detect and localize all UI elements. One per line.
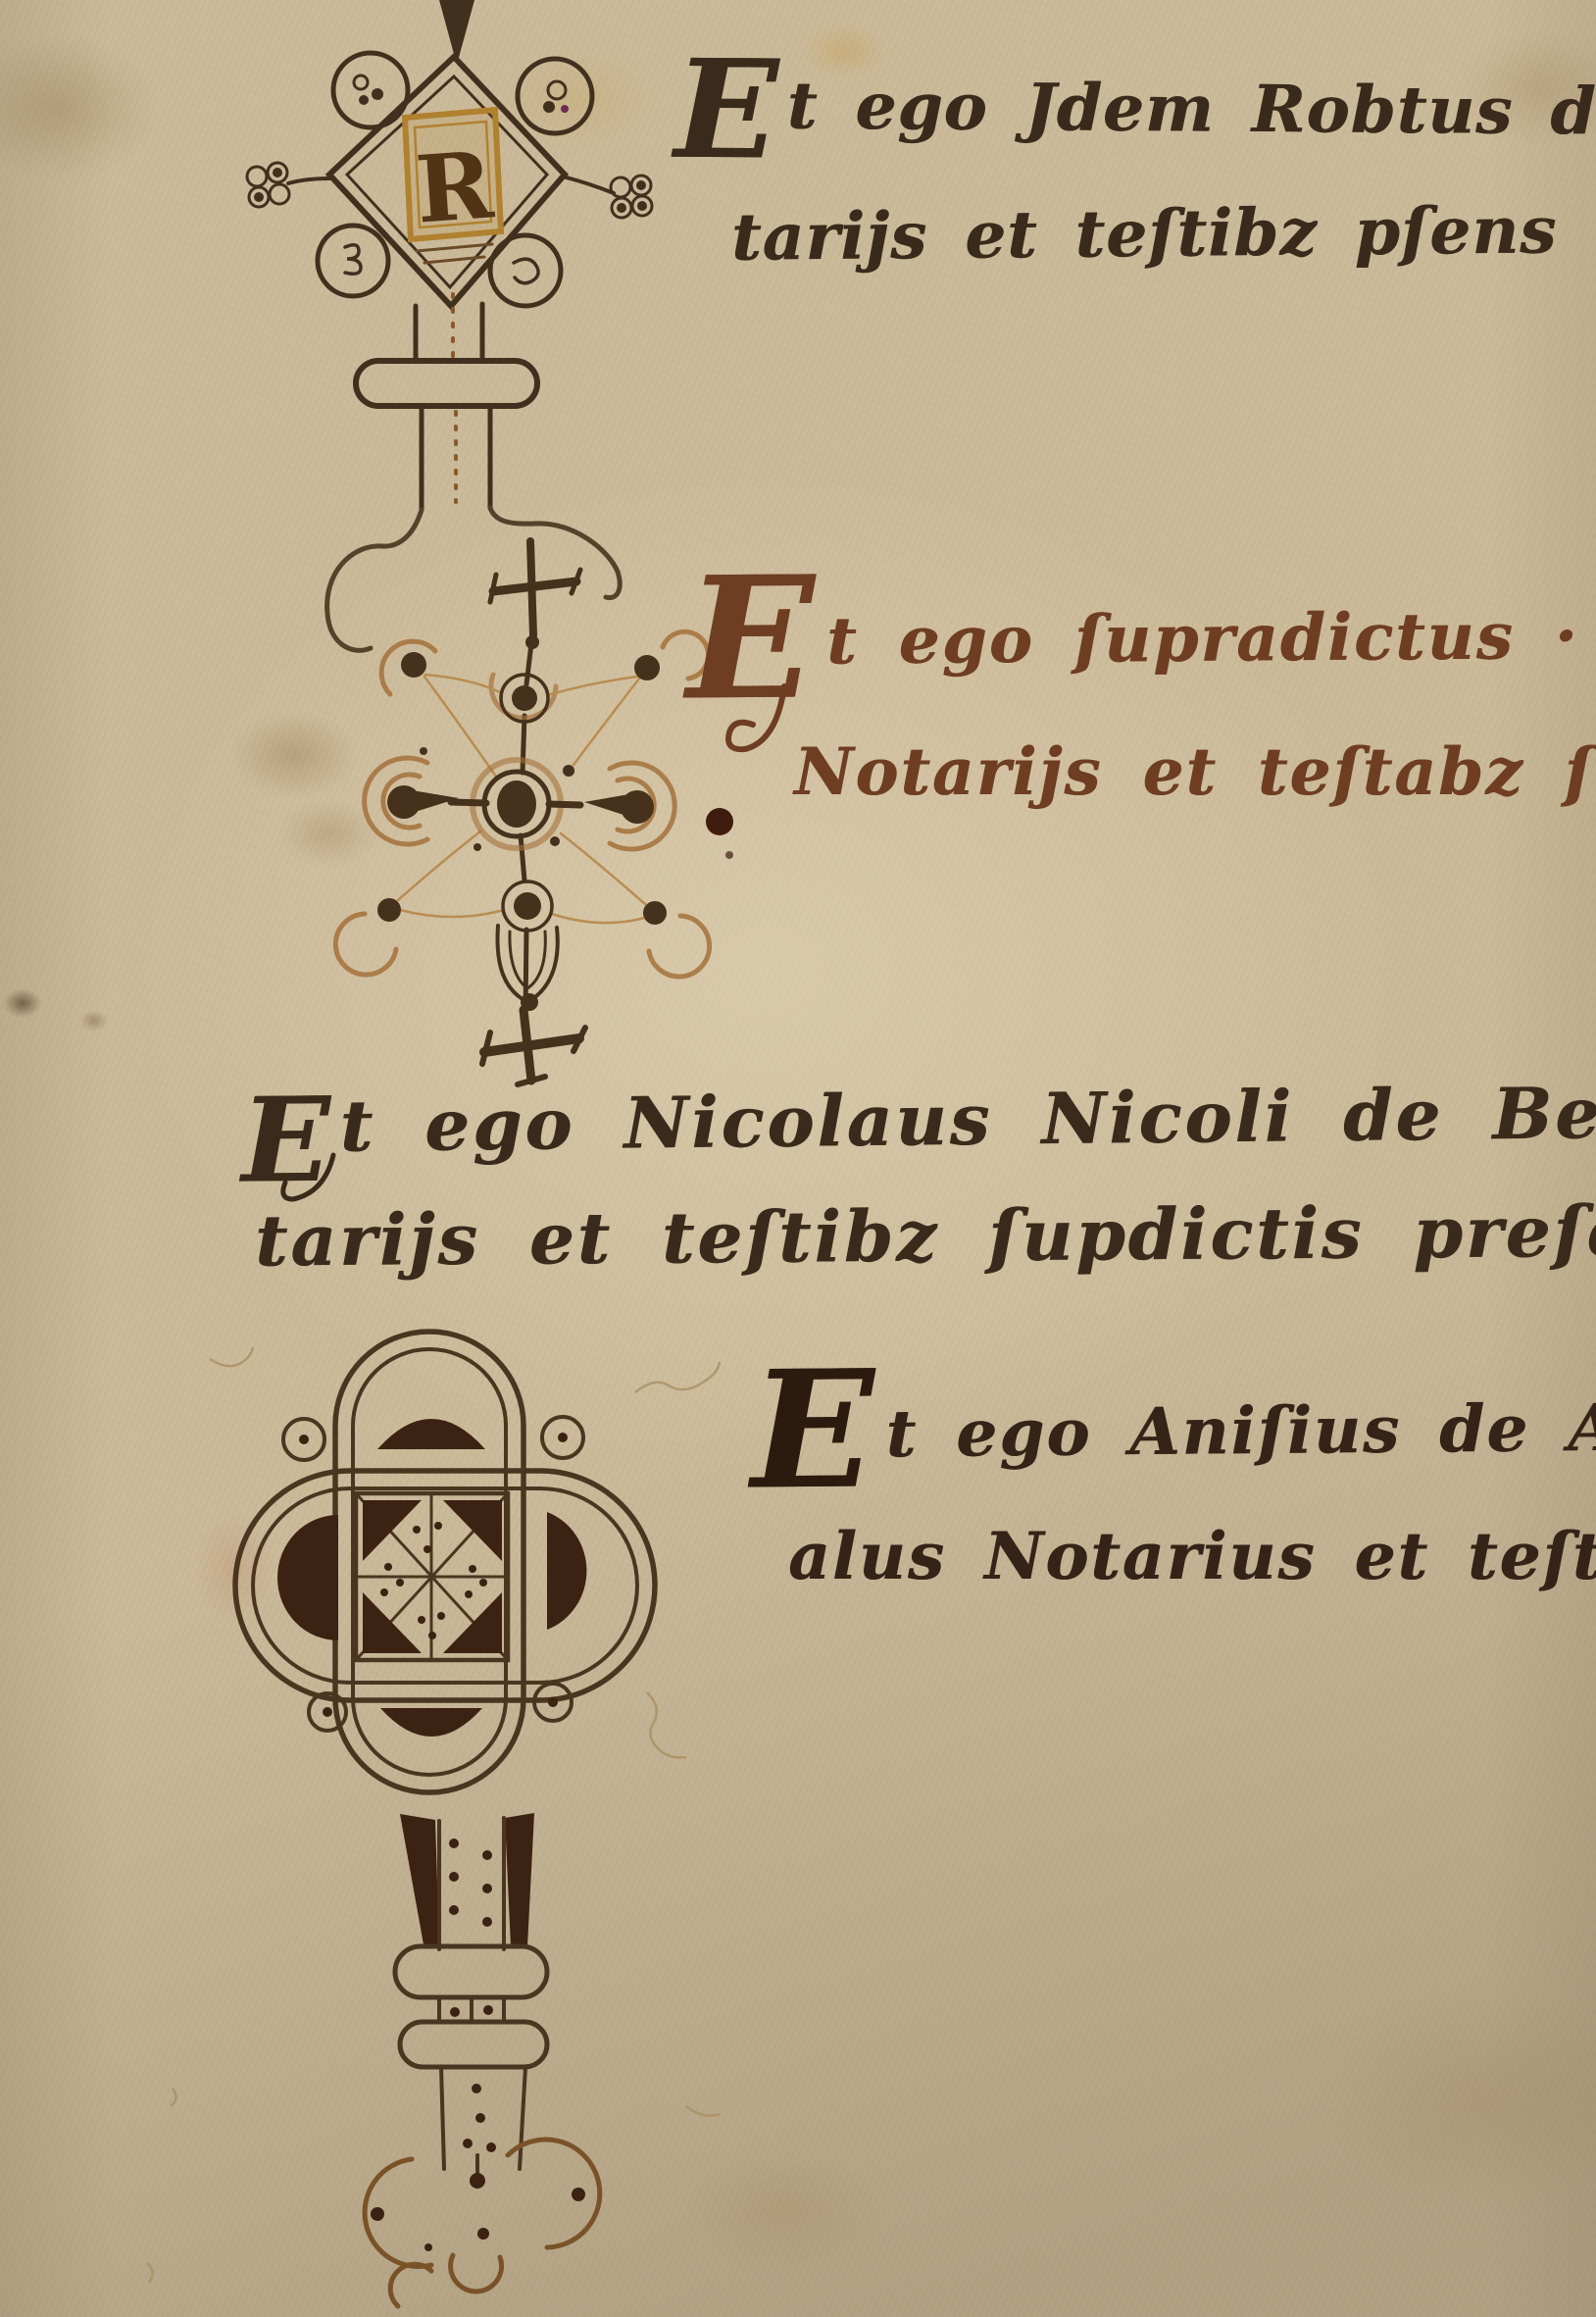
quatrefoil-knot-notarial-sign [235, 1332, 655, 2306]
subscription-3-line-2: tarijs et teſtibz ſupdictis preſens inte… [255, 1186, 1596, 1283]
line-text: t ego Aniſius de Amel [885, 1388, 1596, 1473]
subscription-3-line-1: Et ego Nicolaus Nicoli de Beneuen [241, 1068, 1596, 1168]
initial-letter: E [241, 1139, 333, 1140]
subscription-1-line-2: tarijs et teſtibz pſens interf [731, 189, 1596, 276]
line-text: Notarijs et teſtabz ſup [794, 733, 1596, 810]
sign-letter-R: R [413, 131, 497, 244]
subscription-4-line-1: Et ego Aniſius de Amel [751, 1388, 1596, 1474]
line-text: t ego ſupradictus · J [826, 597, 1596, 680]
subscription-4-line-2: alus Notarius et teſtabz [788, 1518, 1596, 1594]
initial-letter: E [751, 1429, 876, 1430]
lower-cross-guard [400, 2022, 547, 2067]
line-text: tarijs et teſtibz pſens interf [731, 189, 1596, 276]
parchment-page: R [0, 0, 1596, 2317]
line-text: tarijs et teſtibz ſupdictis preſens inte… [255, 1186, 1596, 1283]
scroll-feet [365, 2140, 600, 2306]
line-text: t ego Jdem Robtus de Cond [787, 68, 1596, 152]
spike [439, 0, 474, 65]
subscription-2-line-1: Et ego ſupradictus · J [686, 597, 1596, 680]
initial-letter: E [674, 110, 779, 111]
star-roundel-notarial-sign [335, 541, 709, 1084]
diamond-R-notarial-sign: R [247, 0, 652, 650]
upper-cross-guard [395, 1946, 547, 1997]
ink-blot [706, 808, 733, 835]
subscription-2-line-2: Notarijs et teſtabz ſup [794, 733, 1596, 810]
subscription-1-line-1: Et ego Jdem Robtus de Cond [674, 67, 1596, 151]
line-text: alus Notarius et teſtabz [788, 1518, 1596, 1594]
left-arm-cluster [247, 163, 289, 207]
line-text: t ego Nicolaus Nicoli de Beneuen [339, 1068, 1596, 1167]
initial-letter: E [686, 639, 817, 640]
ink-blot [725, 851, 733, 859]
right-arm-cluster [611, 176, 652, 218]
